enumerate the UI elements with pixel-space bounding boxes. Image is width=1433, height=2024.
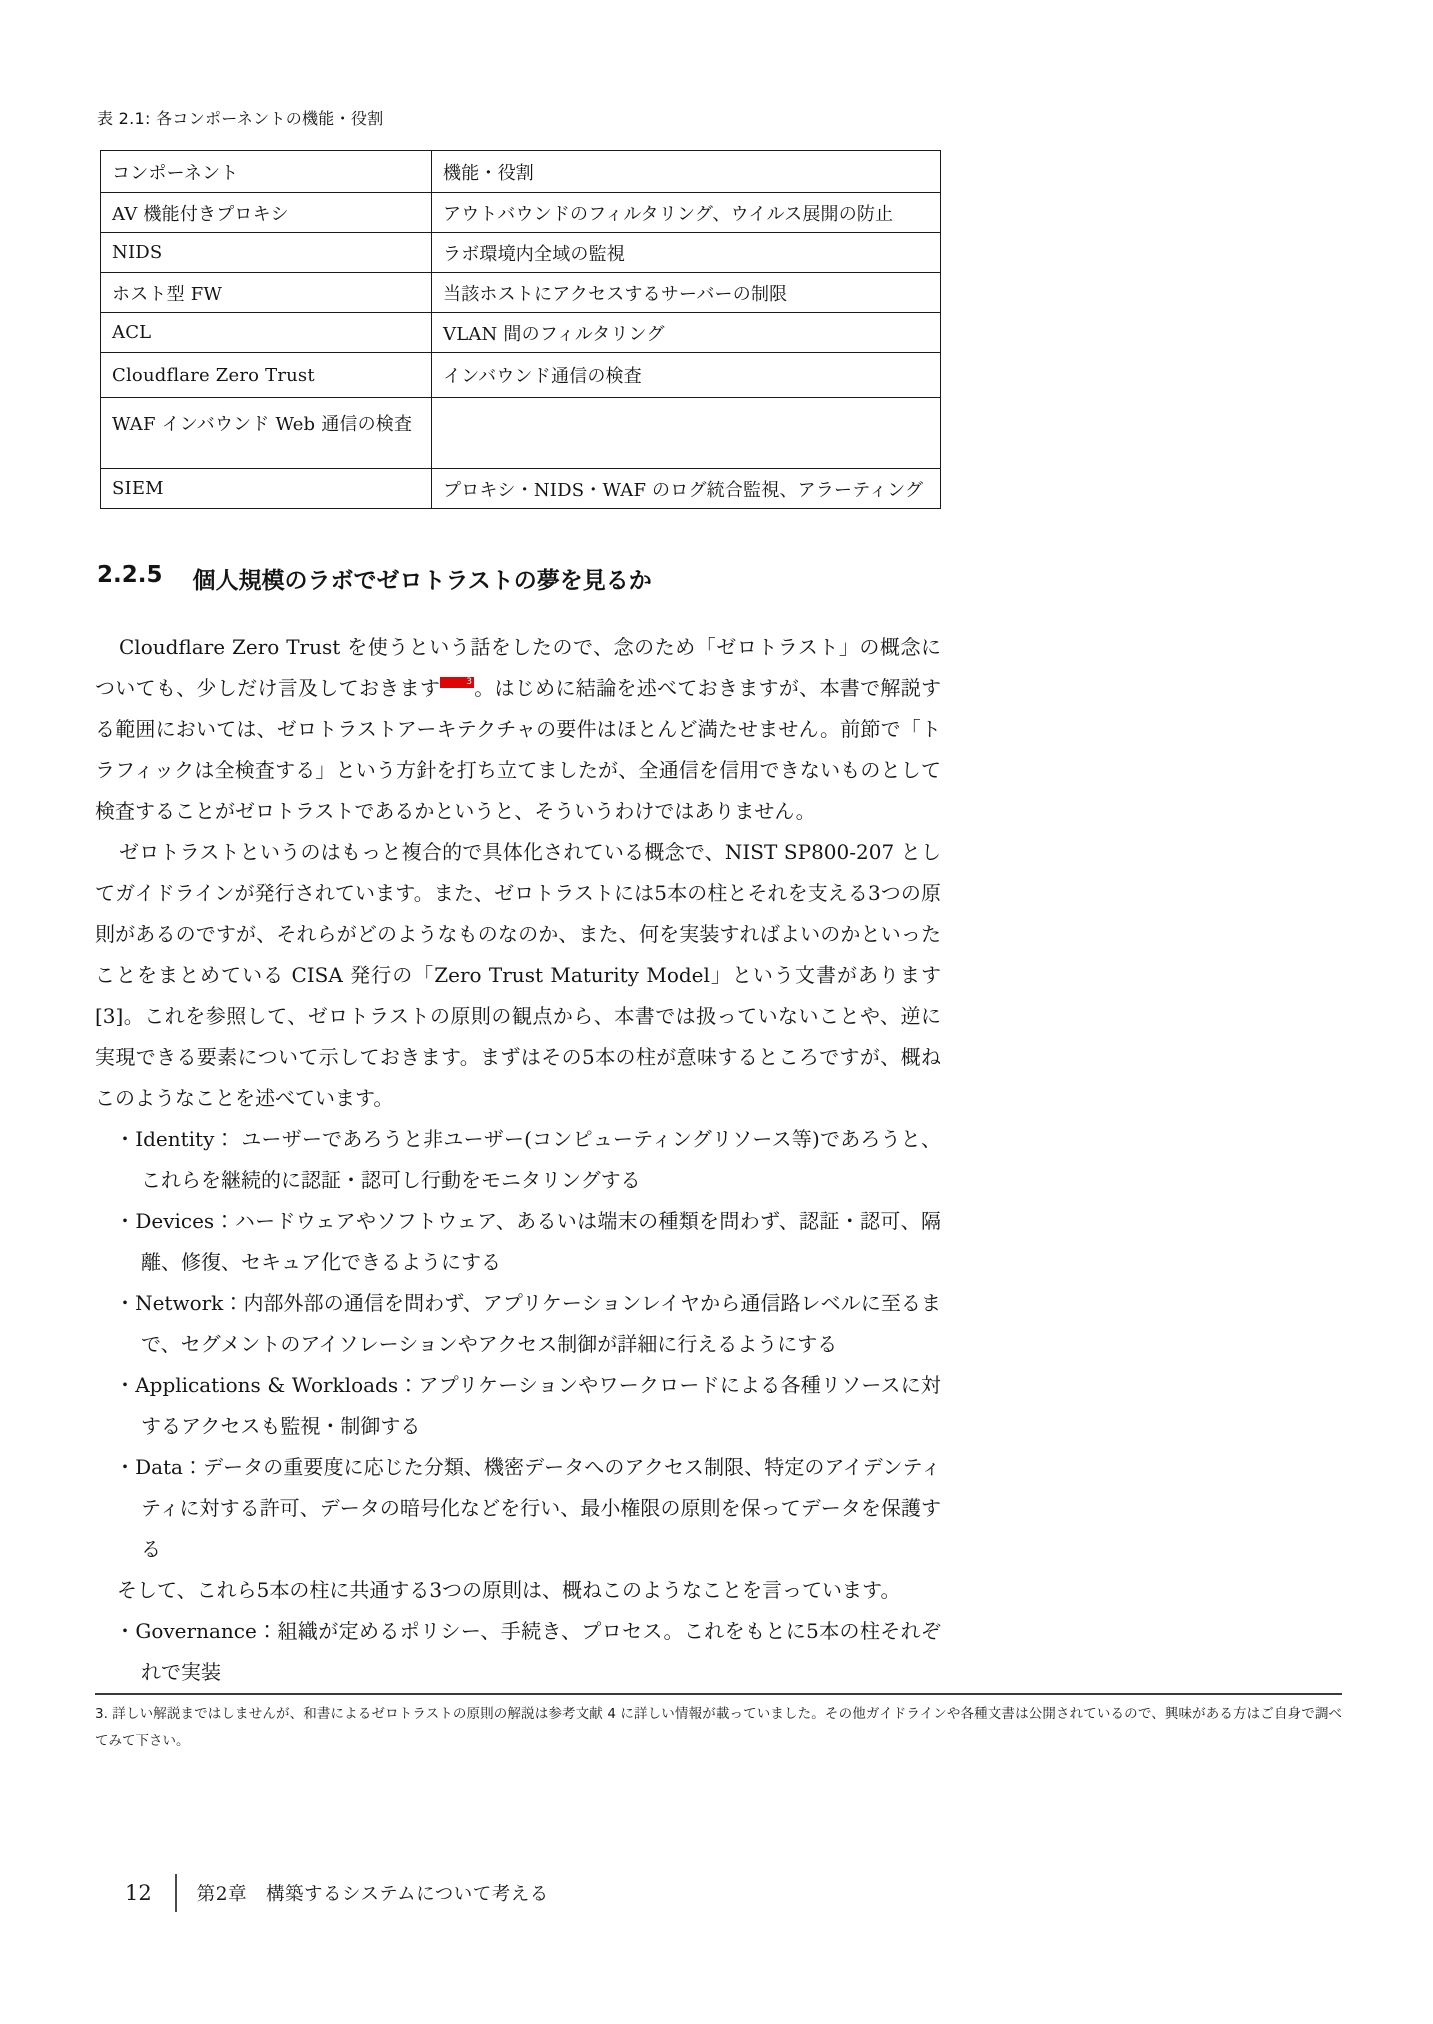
table-row: NIDS ラボ環境内全域の監視 [101,233,941,273]
bullet-applications-workloads: ・Applications & Workloads：アプリケーションやワークロー… [95,1365,941,1447]
paragraph-1: Cloudflare Zero Trust を使うという話をしたので、念のため「… [95,627,941,832]
table-caption: 表 2.1: 各コンポーネントの機能・役割 [97,106,384,129]
paragraph-2: ゼロトラストというのはもっと複合的で具体化されている概念で、NIST SP800… [95,832,941,1119]
page-number: 12 [125,1881,152,1905]
table-cell-function: 当該ホストにアクセスするサーバーの制限 [432,273,941,313]
chapter-title: 第2章 構築するシステムについて考える [197,1880,549,1906]
bullet-identity: ・Identity： ユーザーであろうと非ユーザー(コンピューティングリソース等… [95,1119,941,1201]
table-header-function: 機能・役割 [432,151,941,193]
table-cell-component: ホスト型 FW [101,273,432,313]
table-row: SIEM プロキシ・NIDS・WAF のログ統合監視、アラーティング [101,469,941,509]
section-title: 個人規模のラボでゼロトラストの夢を見るか [193,562,652,595]
table-row: AV 機能付きプロキシ アウトバウンドのフィルタリング、ウイルス展開の防止 [101,193,941,233]
table-header-row: コンポーネント 機能・役割 [101,151,941,193]
table-row: Cloudflare Zero Trust インバウンド通信の検査 [101,353,941,398]
table-header-component: コンポーネント [101,151,432,193]
table-cell-component: NIDS [101,233,432,273]
footer-divider [175,1874,177,1912]
table-cell-function: VLAN 間のフィルタリング [432,313,941,353]
bullet-devices: ・Devices：ハードウェアやソフトウェア、あるいは端末の種類を問わず、認証・… [95,1201,941,1283]
table-cell-component: AV 機能付きプロキシ [101,193,432,233]
document-page: 表 2.1: 各コンポーネントの機能・役割 コンポーネント 機能・役割 AV 機… [0,0,1433,2024]
table-row: WAF インバウンド Web 通信の検査 [101,398,941,469]
bullet-network: ・Network：内部外部の通信を問わず、アプリケーションレイヤから通信路レベル… [95,1283,941,1365]
interlude-sentence: そして、これら5本の柱に共通する3つの原則は、概ねこのようなことを言っています。 [117,1570,941,1611]
table-cell-component: Cloudflare Zero Trust [101,353,432,398]
footnote-text: 3. 詳しい解説まではしませんが、和書によるゼロトラストの原則の解説は参考文献 … [95,1701,1342,1755]
table-cell-component: WAF インバウンド Web 通信の検査 [101,398,432,469]
table-cell-component: SIEM [101,469,432,509]
table-cell-function: アウトバウンドのフィルタリング、ウイルス展開の防止 [432,193,941,233]
table-cell-component: ACL [101,313,432,353]
table-row: ACL VLAN 間のフィルタリング [101,313,941,353]
table-cell-function: インバウンド通信の検査 [432,353,941,398]
table-cell-function [432,398,941,469]
section-heading: 2.2.5 個人規模のラボでゼロトラストの夢を見るか [97,562,652,595]
page-footer: 12 第2章 構築するシステムについて考える [125,1874,549,1912]
table-cell-function: プロキシ・NIDS・WAF のログ統合監視、アラーティング [432,469,941,509]
footnote-rule [95,1693,1342,1695]
footnote-ref-marker: 3 [440,677,474,688]
table-row: ホスト型 FW 当該ホストにアクセスするサーバーの制限 [101,273,941,313]
table-cell-function: ラボ環境内全域の監視 [432,233,941,273]
components-table: コンポーネント 機能・役割 AV 機能付きプロキシ アウトバウンドのフィルタリン… [100,150,941,509]
section-number: 2.2.5 [97,562,163,595]
bullet-data: ・Data：データの重要度に応じた分類、機密データへのアクセス制限、特定のアイデ… [95,1447,941,1570]
body-text: Cloudflare Zero Trust を使うという話をしたので、念のため「… [95,627,941,1693]
bullet-governance: ・Governance：組織が定めるポリシー、手続き、プロセス。これをもとに5本… [95,1611,941,1693]
